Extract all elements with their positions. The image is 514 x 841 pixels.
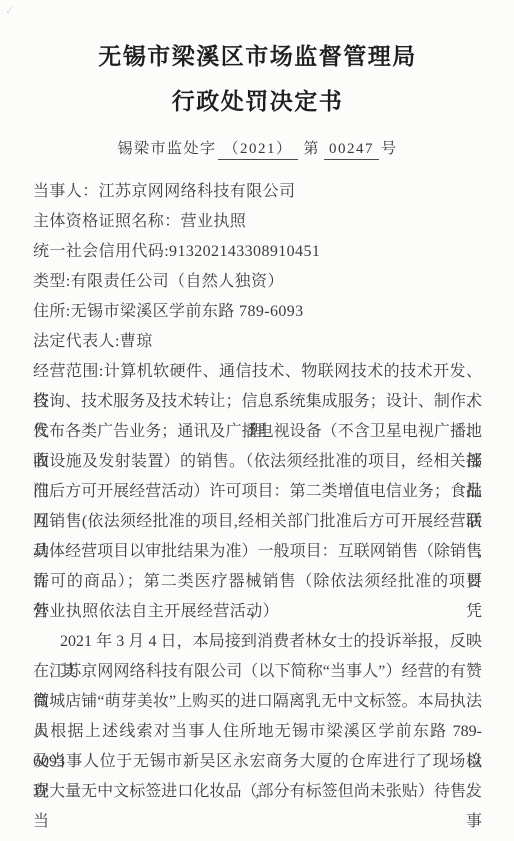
line-credit-code: 统一社会信用代码:913202143308910451 xyxy=(33,237,482,267)
doc-number-prefix: 锡梁市监处字 xyxy=(117,137,216,158)
line-business-scope: 发布各类广告业务；通讯及广播电视设备（不含卫星电视广播地面接 xyxy=(33,417,482,447)
doc-number-middle: 第 xyxy=(304,137,321,158)
penalty-decision-document: ✓ 无锡市梁溪区市场监督管理局 行政处罚决定书 锡梁市监处字（2021）第002… xyxy=(0,0,514,841)
doc-number-serial: 00247 xyxy=(324,141,379,160)
line-license-name: 主体资格证照名称：营业执照 xyxy=(33,207,482,237)
line-address: 住所:无锡市梁溪区学前东路 789-6093 xyxy=(33,297,482,327)
line-business-scope: 收设施及发射装置）的销售。（依法须经批准的项目，经相关部门批 xyxy=(33,447,482,477)
doc-number-year: （2021） xyxy=(218,137,297,160)
line-party: 当事人：江苏京网网络科技有限公司 xyxy=(33,177,482,207)
line-case-narrative: 及当事人位于无锡市新吴区永宏商务大厦的仓库进行了现场检查,发 xyxy=(33,747,482,777)
line-business-scope: 网销售(依法须经批准的项目,经相关部门批准后方可开展经营活动, xyxy=(33,507,482,537)
line-business-scope: 许可的商品）；第二类医疗器械销售（除依法须经批准的项目外，凭 xyxy=(33,567,482,597)
line-case-narrative: 在江苏京网网络科技有限公司（以下简称“当事人”）经营的有赞微 xyxy=(33,657,482,687)
line-business-scope: 经营范围:计算机软硬件、通信技术、物联网技术的技术开发、技术 xyxy=(33,357,482,387)
line-business-scope: 咨询、技术服务及技术转让；信息系统集成服务；设计、制作、代理、 xyxy=(33,387,482,417)
document-title-type: 行政处罚决定书 xyxy=(33,87,482,115)
document-title-authority: 无锡市梁溪区市场监督管理局 xyxy=(33,42,482,70)
line-case-narrative: 员根据上述线索对当事人住所地无锡市梁溪区学前东路 789-6093 以 xyxy=(33,717,482,747)
line-case-narrative: 商城店铺“萌芽美妆”上购买的进口隔离乳无中文标签。本局执法人 xyxy=(33,687,482,717)
line-legal-representative: 法定代表人:曹琼 xyxy=(33,327,482,357)
doc-number-suffix: 号 xyxy=(381,137,398,158)
document-body: 当事人：江苏京网网络科技有限公司 主体资格证照名称：营业执照 统一社会信用代码:… xyxy=(33,177,482,807)
line-case-narrative: 2021 年 3 月 4 日，本局接到消费者林女士的投诉举报，反映其 xyxy=(33,627,482,657)
line-business-scope: 具体经营项目以审批结果为准）一般项目：互联网销售（除销售需要 xyxy=(33,537,482,567)
line-business-scope: 准后方可开展经营活动）许可项目：第二类增值电信业务；食品互联 xyxy=(33,477,482,507)
scan-artifact-mark: ✓ xyxy=(4,3,15,17)
document-number: 锡梁市监处字（2021）第00247号 xyxy=(33,137,482,160)
line-case-narrative: 现大量无中文标签进口化妆品（部分有标签但尚未张贴）待售。当事 xyxy=(33,777,482,807)
line-company-type: 类型:有限责任公司（自然人独资） xyxy=(33,267,482,297)
